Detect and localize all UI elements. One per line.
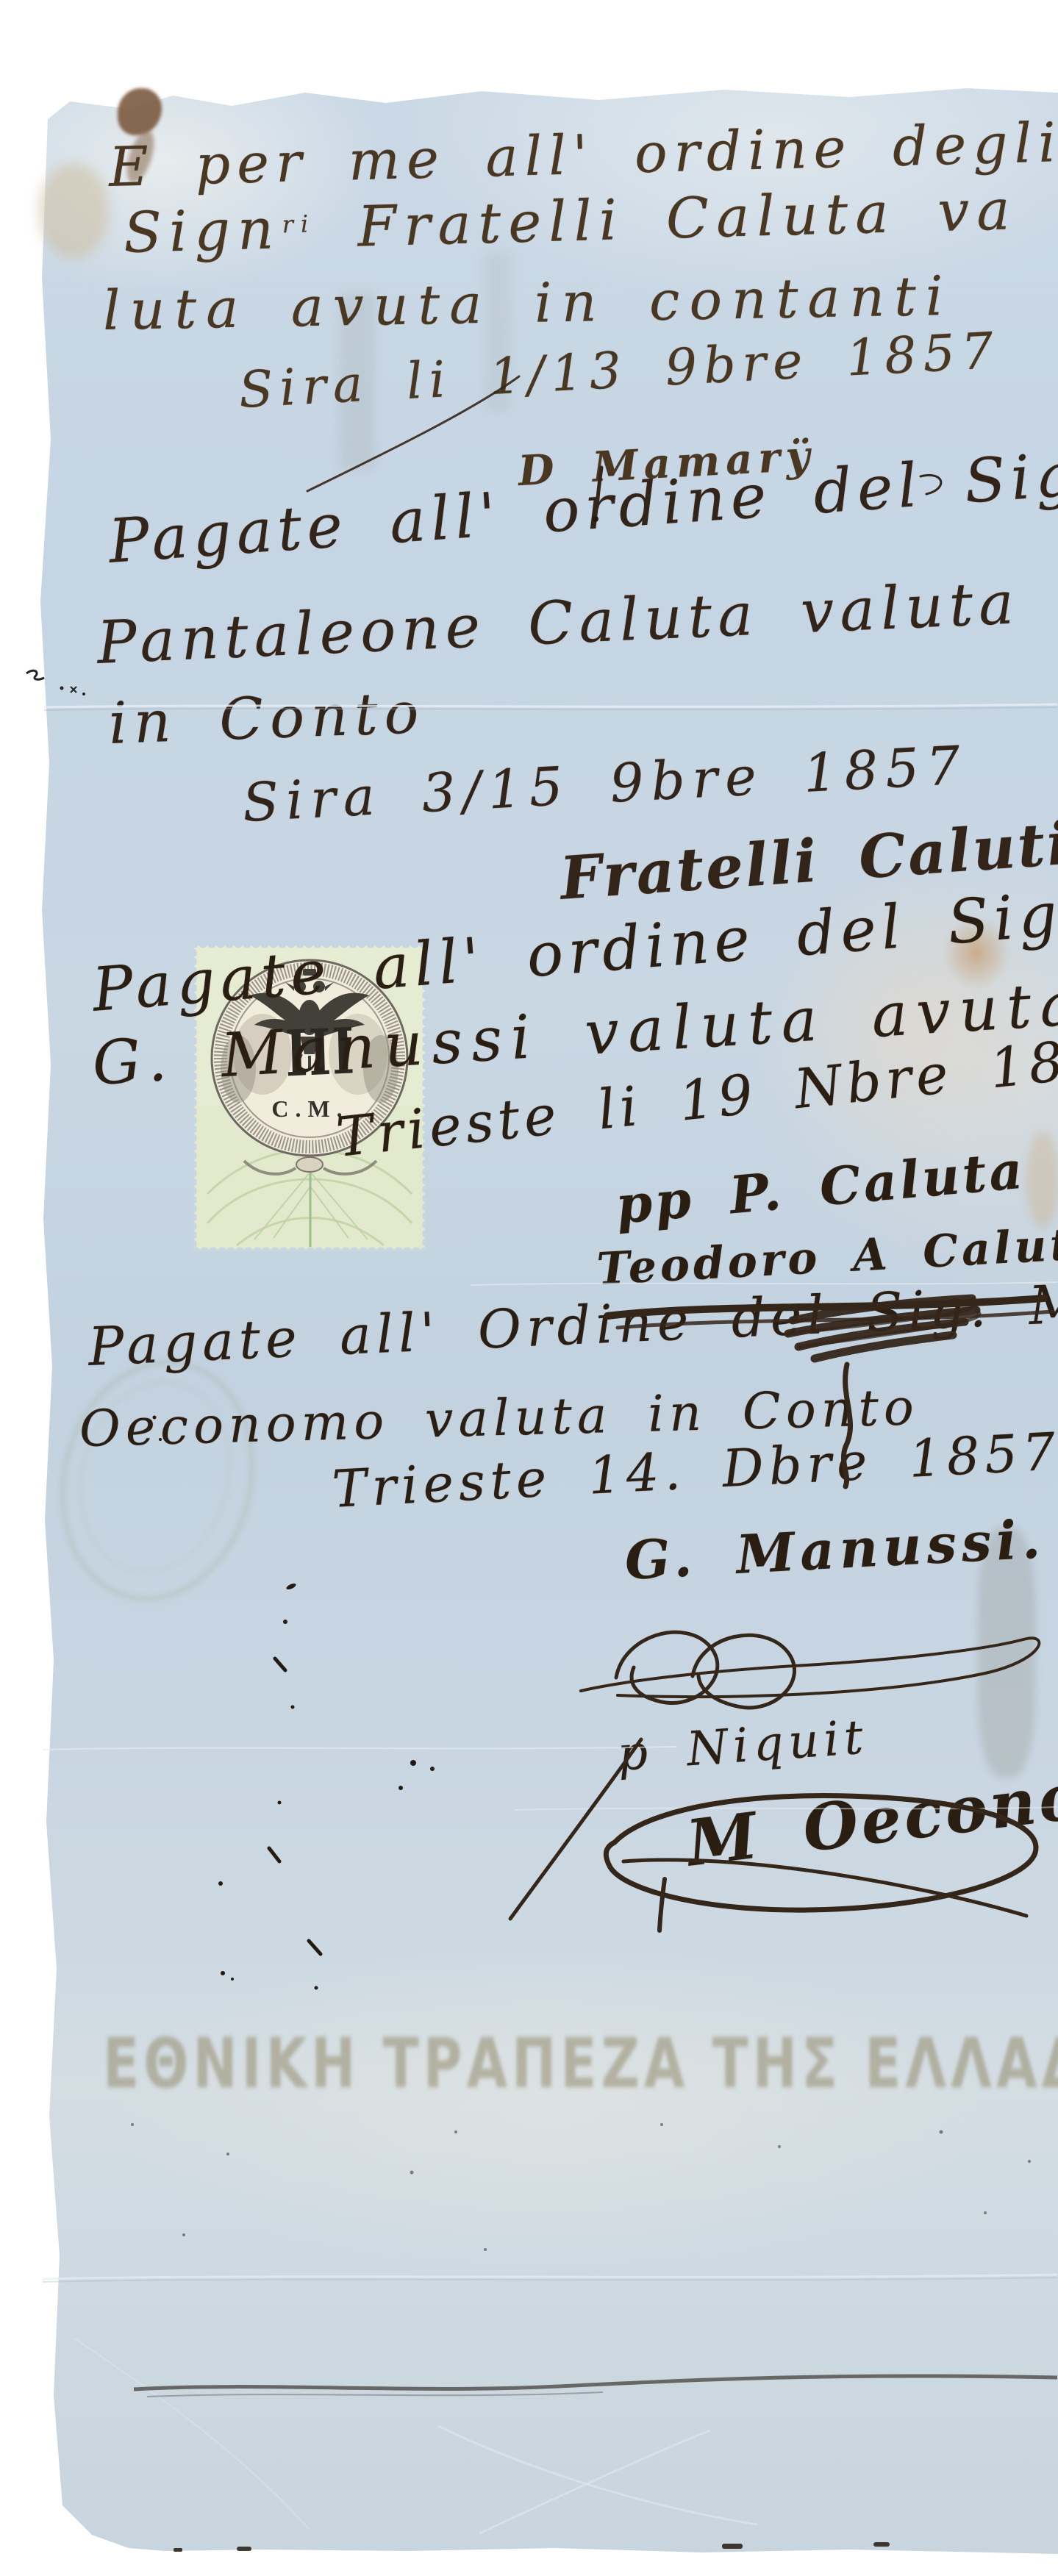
manuscript-line-8: in Conto [107, 680, 426, 757]
superscript: ri [282, 210, 315, 238]
bank-stamp-showthrough: ΕΘΝΙΚΗ ΤΡΑΠΕΖΑ ΤΗΣ ΕΛΛΑΔΟΣ [103, 2023, 1055, 2103]
scan-canvas: III C.M. ΕΘΝΙΚΗ ΤΡΑΠΕΖΑ ΤΗΣ ΕΛΛΑΔΟΣ E pe… [0, 0, 1058, 2576]
